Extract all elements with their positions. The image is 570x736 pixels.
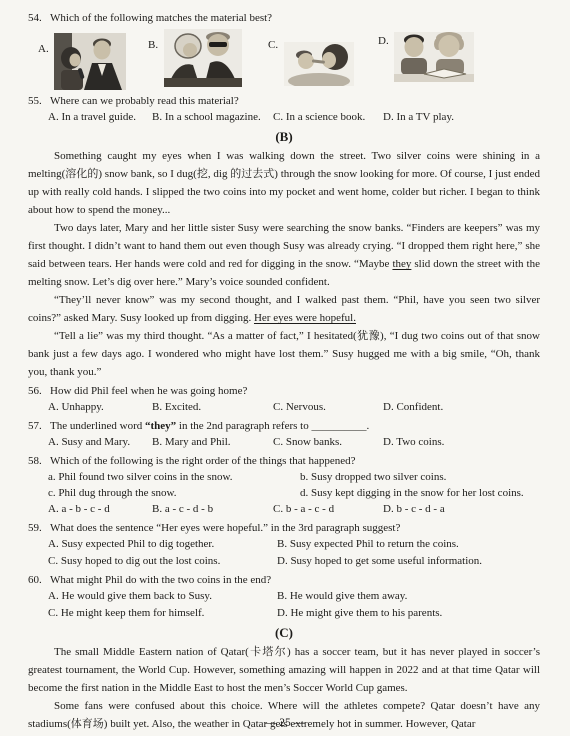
q55-option-d: D. In a TV play. [383,109,540,126]
passage-b-paragraph-4: “Tell a lie” was my third thought. “As a… [28,327,540,381]
q58-option-d: D. b - c - d - a [383,501,540,518]
q58-option-a: A. a - b - c - d [48,501,152,518]
q56-option-a: A. Unhappy. [48,399,152,416]
question-57-text: The underlined word “they” in the 2nd pa… [50,418,540,434]
q57-text-2: in the 2nd paragraph refers to [176,420,311,432]
kids-reading-photo-image [394,32,474,82]
q60-option-b: B. He would give them away. [277,588,540,605]
two-riders-photo-image [164,29,242,87]
q60-option-d: D. He might give them to his parents. [277,605,540,622]
option-d-item: D. [378,29,474,91]
question-54-images: A. B. [28,29,540,91]
passage-b-paragraph-1: Something caught my eyes when I was walk… [28,147,540,219]
q56-option-b: B. Excited. [152,399,273,416]
q57-bold-they: “they” [145,420,176,432]
q58-option-b: B. a - c - d - b [152,501,273,518]
question-60-options-row-1: A. He would give them back to Susy. B. H… [28,588,540,605]
option-a-item: A. [38,29,148,91]
question-57: 57. The underlined word “they” in the 2n… [28,418,540,434]
question-58-items-row-1: a. Phil found two silver coins in the sn… [28,469,540,485]
q58-option-c: C. b - a - c - d [273,501,383,518]
question-58-text: Which of the following is the right orde… [50,453,540,469]
question-58-number: 58. [28,453,50,469]
question-54-text: Which of the following matches the mater… [50,10,540,26]
option-c-item: C. [268,29,378,91]
q57-option-b: B. Mary and Phil. [152,434,273,451]
option-a-label: A. [38,43,54,91]
question-55-text: Where can we probably read this material… [50,93,540,109]
question-60-number: 60. [28,572,50,588]
question-58-options: A. a - b - c - d B. a - c - d - b C. b -… [28,501,540,518]
option-d-label: D. [378,35,394,91]
q59-option-c: C. Susy hoped to dig out the lost coins. [48,553,277,570]
underlined-word-they: they [392,258,411,270]
question-60-options-row-2: C. He might keep them for himself. D. He… [28,605,540,622]
question-59: 59. What does the sentence “Her eyes wer… [28,520,540,536]
feeding-photo-image [284,42,354,86]
option-b-label: B. [148,39,164,91]
section-c-header: (C) [28,623,540,642]
interview-photo-image [54,33,126,90]
question-55-options: A. In a travel guide. B. In a school mag… [28,109,540,126]
section-b-header: (B) [28,127,540,146]
question-56-text: How did Phil feel when he was going home… [50,383,540,399]
question-59-text: What does the sentence “Her eyes were ho… [50,520,540,536]
q57-text-1: The underlined word [50,420,145,432]
option-c-label: C. [268,39,284,91]
question-56: 56. How did Phil feel when he was going … [28,383,540,399]
passage-b-paragraph-3: “They’ll never know” was my second thoug… [28,291,540,327]
q56-option-d: D. Confident. [383,399,540,416]
question-60-text: What might Phil do with the two coins in… [50,572,540,588]
q60-option-c: C. He might keep them for himself. [48,605,277,622]
question-60: 60. What might Phil do with the two coin… [28,572,540,588]
question-54: 54. Which of the following matches the m… [28,10,540,26]
question-55-number: 55. [28,93,50,109]
option-b-item: B. [148,29,268,91]
question-58-items-row-2: c. Phil dug through the snow. d. Susy ke… [28,485,540,501]
question-57-number: 57. [28,418,50,434]
question-56-options: A. Unhappy. B. Excited. C. Nervous. D. C… [28,399,540,416]
q58-item-c: c. Phil dug through the snow. [48,485,300,501]
underlined-sentence: Her eyes were hopeful. [254,312,356,324]
passage-c-paragraph-1: The small Middle Eastern nation of Qatar… [28,643,540,697]
question-54-number: 54. [28,10,50,26]
q58-item-b: b. Susy dropped two silver coins. [300,469,446,485]
q55-option-b: B. In a school magazine. [152,109,273,126]
q56-option-c: C. Nervous. [273,399,383,416]
q59-option-b: B. Susy expected Phil to return the coin… [277,536,540,553]
question-59-options-row-2: C. Susy hoped to dig out the lost coins.… [28,553,540,570]
q59-option-a: A. Susy expected Phil to dig together. [48,536,277,553]
question-56-number: 56. [28,383,50,399]
question-57-options: A. Susy and Mary. B. Mary and Phil. C. S… [28,434,540,451]
page-number: — 25 — [0,717,570,729]
q57-text-3: . [366,420,369,432]
q59-option-d: D. Susy hoped to get some useful informa… [277,553,540,570]
question-59-options-row-1: A. Susy expected Phil to dig together. B… [28,536,540,553]
q60-option-a: A. He would give them back to Susy. [48,588,277,605]
q58-item-d: d. Susy kept digging in the snow for her… [300,485,524,501]
exam-page: 54. Which of the following matches the m… [0,0,570,736]
q58-item-a: a. Phil found two silver coins in the sn… [48,469,300,485]
question-58: 58. Which of the following is the right … [28,453,540,469]
question-59-number: 59. [28,520,50,536]
q55-option-c: C. In a science book. [273,109,383,126]
q57-blank: __________ [311,420,366,432]
q57-option-d: D. Two coins. [383,434,540,451]
passage-b-paragraph-2: Two days later, Mary and her little sist… [28,219,540,291]
q57-option-c: C. Snow banks. [273,434,383,451]
question-55: 55. Where can we probably read this mate… [28,93,540,109]
q57-option-a: A. Susy and Mary. [48,434,152,451]
q55-option-a: A. In a travel guide. [48,109,152,126]
